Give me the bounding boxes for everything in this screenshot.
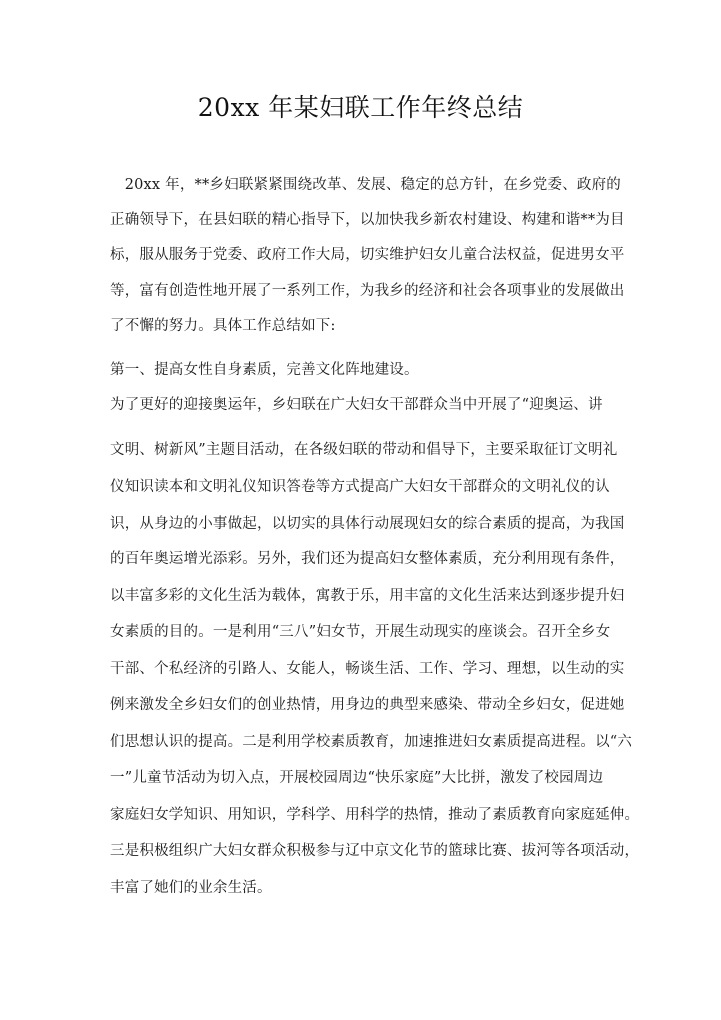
body-line: 等，富有创造性地开展了一系列工作，为我乡的经济和社会各项事业的发展做出: [110, 279, 625, 300]
body-line: 20xx 年，**乡妇联紧紧围绕改革、发展、稳定的总方针，在乡党委、政府的: [110, 173, 621, 194]
body-line: 的百年奥运增光添彩。另外，我们还为提高妇女整体素质，充分利用现有条件，: [110, 547, 625, 568]
body-line: 识，从身边的小事做起，以切实的具体行动展现妇女的综合素质的提高，为我国: [110, 512, 625, 533]
body-line: 们思想认识的提高。二是利用学校素质教育，加速推进妇女素质提高进程。以“六: [110, 730, 632, 751]
body-line: 三是积极组织广大妇女群众积极参与辽中京文化节的篮球比赛、拔河等各项活动，: [110, 839, 639, 860]
body-line: 以丰富多彩的文化生活为载体，寓教于乐，用丰富的文化生活来达到逐步提升妇: [110, 584, 625, 605]
body-line: 了不懈的努力。具体工作总结如下:: [110, 314, 336, 335]
section-heading: 第一、提高女性自身素质，完善文化阵地建设。: [110, 358, 419, 379]
body-line: 女素质的目的。一是利用“三八”妇女节，开展生动现实的座谈会。召开全乡女: [110, 620, 610, 641]
body-line: 家庭妇女学知识、用知识，学科学、用科学的热情，推动了素质教育向家庭延伸。: [110, 803, 639, 824]
body-line: 仪知识读本和文明礼仪知识答卷等方式提高广大妇女干部群众的文明礼仪的认: [110, 475, 610, 496]
body-line: 正确领导下，在县妇联的精心指导下，以加快我乡新农村建设、构建和谐**为目: [110, 208, 625, 229]
body-line: 丰富了她们的业余生活。: [110, 876, 272, 897]
body-line: 一”儿童节活动为切入点，开展校园周边“快乐家庭”大比拼，激发了校园周边: [110, 766, 603, 787]
body-line: 例来激发全乡妇女们的创业热情，用身边的典型来感染、带动全乡妇女，促进她: [110, 693, 625, 714]
body-line: 干部、个私经济的引路人、女能人，畅谈生活、工作、学习、理想，以生动的实: [110, 657, 625, 678]
body-line: 标，服从服务于党委、政府工作大局，切实维护妇女儿童合法权益，促进男女平: [110, 243, 625, 264]
body-line: 文明、树新风”主题目活动，在各级妇联的带动和倡导下，主要采取征订文明礼: [110, 438, 617, 459]
body-line: 为了更好的迎接奥运年，乡妇联在广大妇女干部群众当中开展了“迎奥运、讲: [110, 393, 603, 414]
document-title: 20xx 年某妇联工作年终总结: [0, 88, 721, 124]
